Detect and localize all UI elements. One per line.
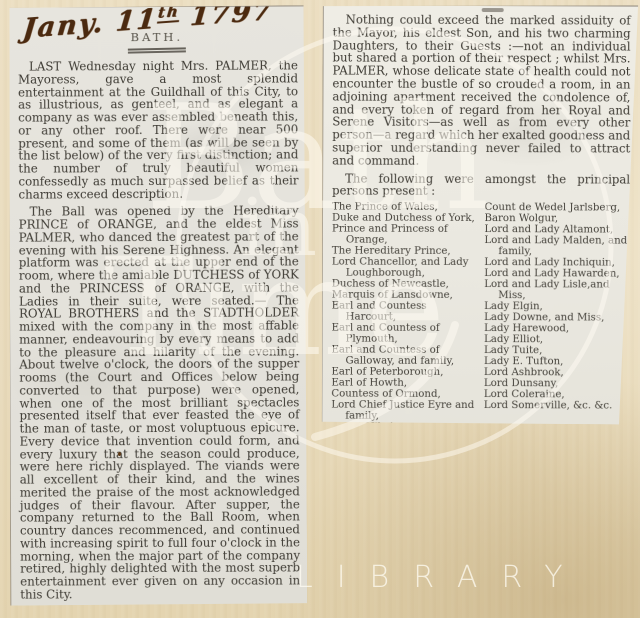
- article-body-left: LAST Wednesday night Mrs. PALMER, the Ma…: [9, 59, 307, 601]
- print-remnant: [482, 8, 504, 12]
- guest-name: Lady Harewood,: [484, 323, 630, 335]
- guest-name: Lord Chancellor, and Lady Loughborough,: [332, 257, 478, 280]
- guest-name: Lady Elgin,: [484, 301, 630, 313]
- guest-name: Lord Chief Justice Eyre and family,: [331, 400, 477, 423]
- guest-name: Earl and Countess Harcourt,: [332, 301, 478, 324]
- guest-name: Earl of Howth,: [331, 378, 477, 390]
- guest-name: Duke and Dutchess of York,: [332, 213, 478, 225]
- guest-name: Lady Downe, and Miss,: [484, 312, 630, 324]
- guest-list-column-right: Count de Wedel Jarlsberg, Baron Wolgur, …: [484, 202, 630, 424]
- guest-name: Baron Wolgur,: [484, 213, 630, 225]
- guest-name: Lord and Lady Inchiquin,: [484, 257, 630, 269]
- guest-list-intro: The following were amongst the principal…: [332, 172, 630, 199]
- guest-name: The Hereditary Prince,: [332, 246, 478, 258]
- guest-name: Earl of Peterborough,: [331, 367, 477, 379]
- guest-name: Lord Somerville, &c. &c.: [484, 400, 630, 412]
- guest-name: Lord and Lady Altamont,: [484, 224, 630, 236]
- guest-name: Earl and Countess of Galloway, and famil…: [331, 345, 477, 368]
- article-paragraph: LAST Wednesday night Mrs. PALMER, the Ma…: [18, 59, 299, 200]
- guest-list-column-left: The Prince of Wales, Duke and Dutchess o…: [331, 202, 477, 425]
- guest-name: Duchess of Newcastle,: [332, 279, 478, 291]
- guest-name: Lord and Lady Malden, and family,: [484, 235, 630, 258]
- article-paragraph: The Ball was opened by the Hereditary PR…: [19, 205, 301, 601]
- guest-name: Lord and Lady Lisle,and Miss,: [484, 279, 630, 302]
- guest-name: Count Nikai,: [331, 422, 477, 425]
- guest-name: Countess of Ormond,: [331, 389, 477, 401]
- guest-name: Lord Ashbrook,: [484, 367, 630, 379]
- newspaper-clipping-left: Jany. 11th 1797 BATH. LAST Wednesday nig…: [8, 5, 308, 605]
- guest-name: Lord Dunsany,: [484, 378, 630, 390]
- guest-name: Lord Coleraine,: [484, 389, 630, 401]
- heading-rule: [128, 47, 186, 53]
- scanned-album-page: Jany. 11th 1797 BATH. LAST Wednesday nig…: [0, 0, 640, 618]
- guest-name: Earl and Countess of Plymouth,: [332, 323, 478, 346]
- ink-speck: [118, 452, 121, 456]
- newspaper-clipping-right: Nothing could exceed the marked assiduit…: [321, 4, 638, 424]
- guest-name: Lady Elliot,: [484, 334, 630, 346]
- guest-name: Lord and Lady Hawarden,: [484, 268, 630, 280]
- guest-list: The Prince of Wales, Duke and Dutchess o…: [331, 202, 630, 425]
- guest-name: Marquis of Lansdowne,: [332, 290, 478, 302]
- handwritten-date-ordinal: th: [157, 5, 181, 23]
- article-paragraph: Nothing could exceed the marked assiduit…: [332, 13, 631, 168]
- guest-name: Lady Tuite,: [484, 345, 630, 357]
- guest-name: Prince and Princess of Orange,: [332, 224, 478, 247]
- guest-name: The Prince of Wales,: [332, 202, 478, 214]
- library-watermark-text: LIBRARY: [296, 560, 587, 595]
- guest-name: Lady E. Tufton,: [484, 356, 630, 368]
- guest-name: Count de Wedel Jarlsberg,: [485, 202, 631, 214]
